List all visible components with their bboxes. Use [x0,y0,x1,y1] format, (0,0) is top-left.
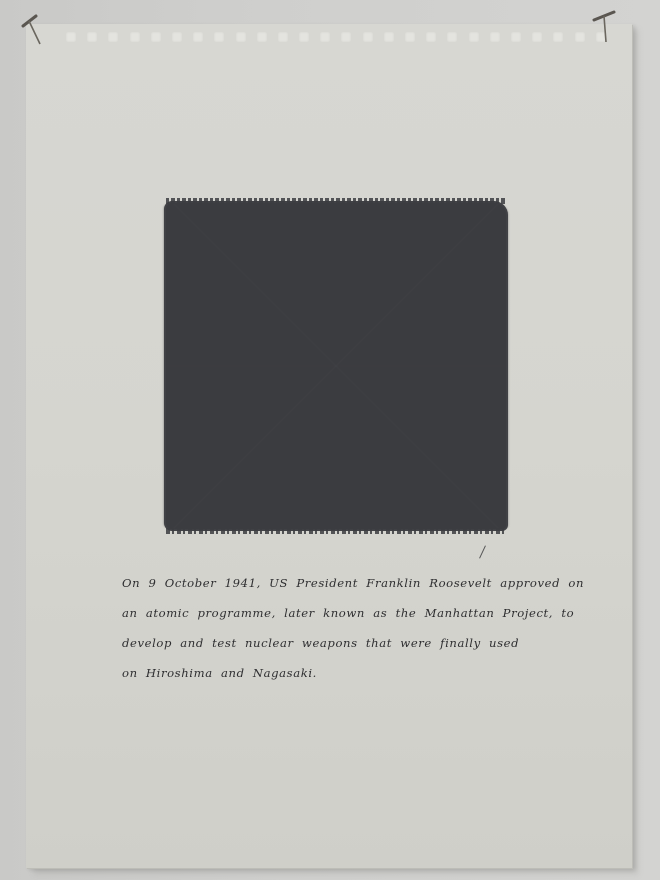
caption-line-4: on Hiroshima and Nagasaki. [122,658,542,688]
perforation-hole [363,32,373,42]
perforation-hole [236,32,246,42]
handwritten-caption: On 9 October 1941, US President Franklin… [122,568,542,688]
perforation-hole [214,32,224,42]
perforation-hole [405,32,415,42]
perforation-hole [426,32,436,42]
perforation-hole [130,32,140,42]
perforation-hole [490,32,500,42]
brush-edge-bottom [166,528,506,534]
perforation-hole [320,32,330,42]
perforation-hole [66,32,76,42]
perforation-hole [341,32,351,42]
pin-left-icon [20,4,50,49]
perforation-hole [151,32,161,42]
perforation-hole [278,32,288,42]
perforation-hole [299,32,309,42]
perforation-hole [384,32,394,42]
caption-line-1: On 9 October 1941, US President Franklin… [122,568,542,598]
perforation-hole [447,32,457,42]
perforation-hole [172,32,182,42]
caption-line-2: an atomic programme, later known as the … [122,598,542,628]
perforation-hole [575,32,585,42]
perforation-hole [87,32,97,42]
perforation-hole [553,32,563,42]
perforation-hole [108,32,118,42]
perforation-hole [532,32,542,42]
perforation-hole [257,32,267,42]
pin-right-icon [590,6,620,51]
perforated-edge [66,32,606,46]
perforation-hole [193,32,203,42]
painted-square [166,203,506,529]
perforation-hole [511,32,521,42]
brush-edge-top [166,198,506,204]
perforation-hole [469,32,479,42]
caption-line-3: develop and test nuclear weapons that we… [122,628,542,658]
